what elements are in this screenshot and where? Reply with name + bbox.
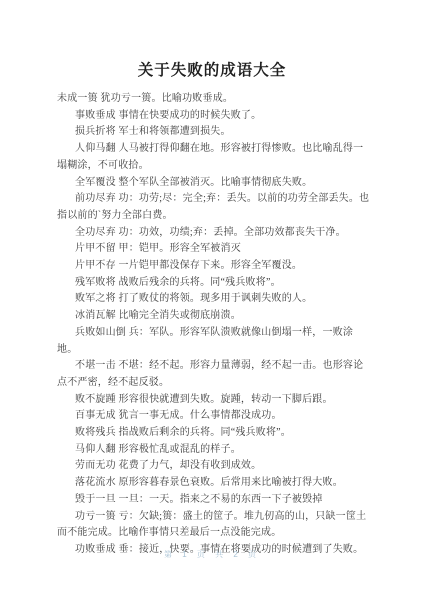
idiom-entry: 落花流水 原形容暮春景色衰败。后常用来比喻被打得大败。 — [57, 475, 373, 492]
idiom-entry: 毁于一旦 一旦：一天。指来之不易的东西一下子被毁掉 — [57, 492, 373, 509]
idiom-entry: 败不旋踵 形容很快就遭到失败。旋踵，转动一下脚后跟。 — [57, 392, 373, 409]
idiom-entry: 劳而无功 花费了力气，却没有收到成效。 — [57, 458, 373, 475]
idiom-entry: 全军覆没 整个军队全部被消灭。比喻事情彻底失败。 — [57, 175, 373, 192]
idiom-entry: 片甲不留 甲：铠甲。形容全军被消灭 — [57, 241, 373, 258]
idiom-entry: 兵败如山倒 兵：军队。形容军队溃败就像山倒塌一样，一败涂地。 — [57, 325, 373, 358]
idiom-entry: 损兵折将 军士和将领都遭到损失。 — [57, 124, 373, 141]
idiom-entry: 马仰人翻 形容极忙乱或混乱的样子。 — [57, 442, 373, 459]
idiom-entry: 前功尽弃 功：功劳;尽：完全;弃：丢失。以前的功劳全部丢失。也指以前的`努力全部… — [57, 191, 373, 224]
idiom-list: 未成一篑 犹功亏一篑。比喻功败垂成。事败垂成 事情在快要成功的时候失败了。损兵折… — [57, 91, 373, 559]
page-title: 关于失败的成语大全 — [0, 0, 424, 80]
idiom-entry: 人仰马翻 人马被打得仰翻在地。形容被打得惨败。也比喻乱得一塌糊涂，不可收拾。 — [57, 141, 373, 174]
idiom-entry: 未成一篑 犹功亏一篑。比喻功败垂成。 — [57, 91, 373, 108]
idiom-entry: 片甲不存 一片铠甲都没保存下来。形容全军覆没。 — [57, 258, 373, 275]
idiom-entry: 事败垂成 事情在快要成功的时候失败了。 — [57, 108, 373, 125]
idiom-entry: 败将残兵 指战败后剩余的兵将。同“残兵败将”。 — [57, 425, 373, 442]
idiom-entry: 全功尽弃 功：功效，功绩;弃：丢掉。全部功效都丧失干净。 — [57, 225, 373, 242]
idiom-entry: 残军败将 战败后残余的兵将。同“残兵败将”。 — [57, 275, 373, 292]
page-number: 第 1 页 共 2 页 — [0, 549, 424, 560]
document-page: 关于失败的成语大全 未成一篑 犹功亏一篑。比喻功败垂成。事败垂成 事情在快要成功… — [0, 0, 424, 600]
idiom-entry: 冰消瓦解 比喻完全消失或彻底崩溃。 — [57, 308, 373, 325]
idiom-entry: 败军之将 打了败仗的将领。现多用于讽刺失败的人。 — [57, 291, 373, 308]
idiom-entry: 百事无成 犹言一事无成。什么事情都没成功。 — [57, 408, 373, 425]
idiom-entry: 不堪一击 不堪：经不起。形容力量薄弱，经不起一击。也形容论点不严密，经不起反驳。 — [57, 358, 373, 391]
idiom-entry: 功亏一篑 亏：欠缺;篑：盛土的筐子。堆九仞高的山，只缺一筐土而不能完成。比喻作事… — [57, 509, 373, 542]
